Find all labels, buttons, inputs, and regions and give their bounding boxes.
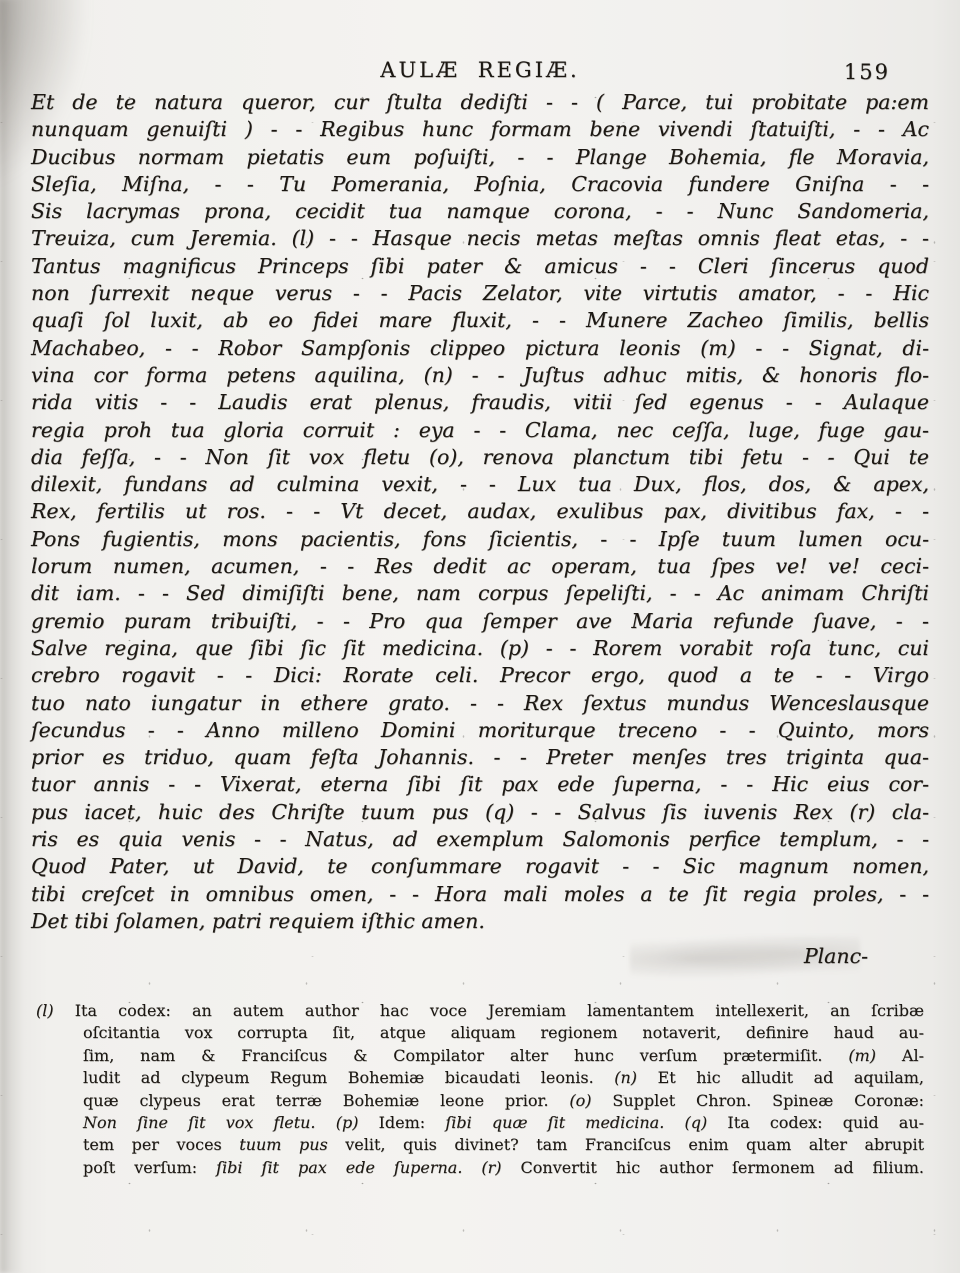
footnote-segment: velit, quis divinet? tam Franciſcus enim… bbox=[328, 1135, 924, 1154]
footnote-segment bbox=[664, 1113, 684, 1132]
footnote-segment bbox=[462, 1158, 481, 1177]
footnote-line: ſim, nam & Franciſcus & Compilator alter… bbox=[36, 1045, 924, 1067]
poem-line: Salve regina, que ſibi ſic ſit medicina.… bbox=[31, 635, 929, 662]
footnote-italic-segment: tuum pus bbox=[239, 1135, 327, 1154]
catchword-row: Planc- bbox=[31, 944, 868, 968]
poem-line: regia proh tua gloria corruit : eya - - … bbox=[31, 417, 929, 444]
poem-line: tuor annis - - Vixerat, eterna ſibi ſit … bbox=[31, 771, 929, 798]
poem-line: rida vitis - - Laudis erat plenus, fraud… bbox=[31, 389, 929, 416]
footnote-segment: Idem: bbox=[358, 1113, 445, 1132]
footnote-segment bbox=[316, 1113, 336, 1132]
running-head: AULÆ REGIÆ. 159 bbox=[0, 58, 960, 90]
footnote-italic-segment: ſibi quæ ſit medicina. bbox=[445, 1113, 664, 1132]
poem-line: Pons fugientis, mons pacientis, fons ſic… bbox=[31, 526, 929, 553]
footnote-italic-segment: (n) bbox=[614, 1068, 637, 1087]
footnote-segment: tem per voces bbox=[83, 1135, 239, 1154]
footnote-italic-segment: (q) bbox=[684, 1113, 707, 1132]
footnote-line: oſcitantia vox corrupta ſit, atque aliqu… bbox=[36, 1022, 924, 1044]
poem-line: ris es quia venis - - Natus, ad exemplum… bbox=[31, 826, 929, 853]
poem-line: quaſi ſol luxit, ab eo fidei mare fluxit… bbox=[31, 307, 929, 334]
poem-line: pus iacet, huic des Chriſte tuum pus (q)… bbox=[31, 799, 929, 826]
poem-line: dia feſſa, - - Non ſit vox fletu (o), re… bbox=[31, 444, 929, 471]
footnote-segment: poſt verſum: bbox=[83, 1158, 216, 1177]
footnote-segment: quæ clypeus erat terræ Bohemiæ leone pri… bbox=[83, 1091, 569, 1110]
footnote-segment: Ita codex: quid au- bbox=[707, 1113, 924, 1132]
scan-edge-streak bbox=[0, 0, 24, 1273]
poem-line: Quod Pater, ut David, te conſummare roga… bbox=[31, 853, 929, 880]
scanned-book-page: AULÆ REGIÆ. 159 Et de te natura queror, … bbox=[0, 0, 960, 1273]
footnote-italic-segment: (o) bbox=[569, 1091, 591, 1110]
poem-line: crebro rogavit - - Dici: Rorate celi. Pr… bbox=[31, 662, 929, 689]
footnote-line: quæ clypeus erat terræ Bohemiæ leone pri… bbox=[36, 1090, 924, 1112]
footnote-italic-segment: (l) bbox=[36, 1001, 54, 1020]
poem-line: lorum numen, acumen, - - Res dedit ac op… bbox=[31, 553, 929, 580]
poem-line: Ducibus normam pietatis eum poſuiſti, - … bbox=[31, 144, 929, 171]
footnote-italic-segment: Non ſine ſit vox fletu. bbox=[83, 1113, 316, 1132]
footnote-segment: ſim, nam & Franciſcus & Compilator alter… bbox=[83, 1046, 848, 1065]
poem-line: Treuiza, cum Jeremia. (l) - - Hasque nec… bbox=[31, 225, 929, 252]
poem-line: Det tibi ſolamen, patri requiem iſthic a… bbox=[31, 908, 929, 935]
poem-line: Rex, fertilis ut ros. - - Vt decet, auda… bbox=[31, 498, 929, 525]
footnote-italic-segment: ſibi ſit pax ede ſuperna. bbox=[216, 1158, 462, 1177]
footnote-line: poſt verſum: ſibi ſit pax ede ſuperna. (… bbox=[36, 1157, 924, 1179]
poem-text-block: Et de te natura queror, cur ſtulta dediſ… bbox=[31, 89, 929, 935]
poem-line: non ſurrexit neque verus - - Pacis Zelat… bbox=[31, 280, 929, 307]
footnote-italic-segment: (r) bbox=[481, 1158, 501, 1177]
poem-line: Tantus magnificus Princeps ſibi pater & … bbox=[31, 253, 929, 280]
poem-line: prior es triduo, quam feſta Johannis. - … bbox=[31, 744, 929, 771]
footnote-line: (l) Ita codex: an autem author hac voce … bbox=[36, 1000, 924, 1022]
footnote-line: ludit ad clypeum Regum Bohemiæ bicaudati… bbox=[36, 1067, 924, 1089]
footnote-italic-segment: (m) bbox=[848, 1046, 876, 1065]
footnote-line: tem per voces tuum pus velit, quis divin… bbox=[36, 1134, 924, 1156]
poem-line: gremio puram tribuiſti, - - Pro qua ſemp… bbox=[31, 608, 929, 635]
footnote-segment: Et hic alludit ad aquilam, bbox=[637, 1068, 924, 1087]
poem-line: nunquam genuiſti ) - - Regibus hunc form… bbox=[31, 116, 929, 143]
footnote-line: Non ſine ſit vox fletu. (p) Idem: ſibi q… bbox=[36, 1112, 924, 1134]
poem-line: Sleſia, Miſna, - - Tu Pomerania, Poſnia,… bbox=[31, 171, 929, 198]
footnote-segment: Convertit hic author ſermonem ad filium. bbox=[502, 1158, 924, 1177]
footnote-segment: Supplet Chron. Spineæ Coronæ: bbox=[592, 1091, 924, 1110]
poem-line: tibi creſcet in omnibus omen, - - Hora m… bbox=[31, 881, 929, 908]
footnote-segment: ludit ad clypeum Regum Bohemiæ bicaudati… bbox=[83, 1068, 614, 1087]
catchword: Planc- bbox=[804, 944, 868, 968]
poem-line: Machabeo, - - Robor Sampſonis clippeo pi… bbox=[31, 335, 929, 362]
running-title: AULÆ REGIÆ. bbox=[0, 58, 960, 82]
poem-line: dilexit, fundans ad culmina vexit, - - L… bbox=[31, 471, 929, 498]
poem-line: Sis lacrymas prona, cecidit tua namque c… bbox=[31, 198, 929, 225]
poem-line: dit iam. - - Sed dimiſiſti bene, nam cor… bbox=[31, 580, 929, 607]
footnote-segment: Ita codex: an autem author hac voce Jere… bbox=[54, 1001, 924, 1020]
page-number: 159 bbox=[844, 60, 890, 84]
footnotes-block: (l) Ita codex: an autem author hac voce … bbox=[36, 1000, 924, 1179]
poem-line: ſecundus - - Anno milleno Domini moritur… bbox=[31, 717, 929, 744]
footnote-segment: Al- bbox=[876, 1046, 924, 1065]
poem-line: Et de te natura queror, cur ſtulta dediſ… bbox=[31, 89, 929, 116]
poem-line: vina cor forma petens aquilina, (n) - - … bbox=[31, 362, 929, 389]
poem-line: tuo nato iungatur in ethere grato. - - R… bbox=[31, 690, 929, 717]
footnote-segment: oſcitantia vox corrupta ſit, atque aliqu… bbox=[83, 1023, 924, 1042]
footnote-italic-segment: (p) bbox=[336, 1113, 359, 1132]
